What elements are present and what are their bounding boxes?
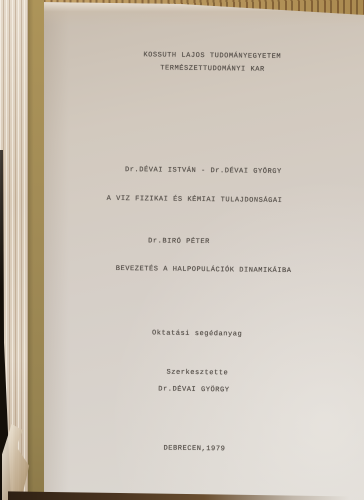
imprint-place-year: DEBRECEN,1979 (164, 445, 226, 454)
university-name: KOSSUTH LAJOS TUDOMÁNYEGYETEM (143, 51, 281, 61)
work2-author: Dr.BIRÓ PÉTER (148, 237, 210, 246)
faculty-name: TERMÉSZETTUDOMÁNYI KAR (160, 65, 265, 75)
work1-title: A VIZ FIZIKAI ÉS KÉMIAI TULAJDONSÁGAI (107, 195, 283, 206)
editor-name: Dr.DÉVAI GYÖRGY (158, 386, 229, 395)
work2-title: BEVEZETÉS A HALPOPULÁCIÓK DINAMIKÁIBA (116, 265, 292, 276)
edited-by-label: Szerkesztette (166, 369, 228, 378)
book-title-page-photo: KOSSUTH LAJOS TUDOMÁNYEGYETEM TERMÉSZETT… (0, 0, 364, 500)
typewritten-text: KOSSUTH LAJOS TUDOMÁNYEGYETEM TERMÉSZETT… (0, 0, 364, 500)
material-type: Oktatási segédanyag (152, 329, 242, 338)
work1-authors: Dr.DÉVAI ISTVÁN - Dr.DÉVAI GYÖRGY (125, 166, 282, 176)
